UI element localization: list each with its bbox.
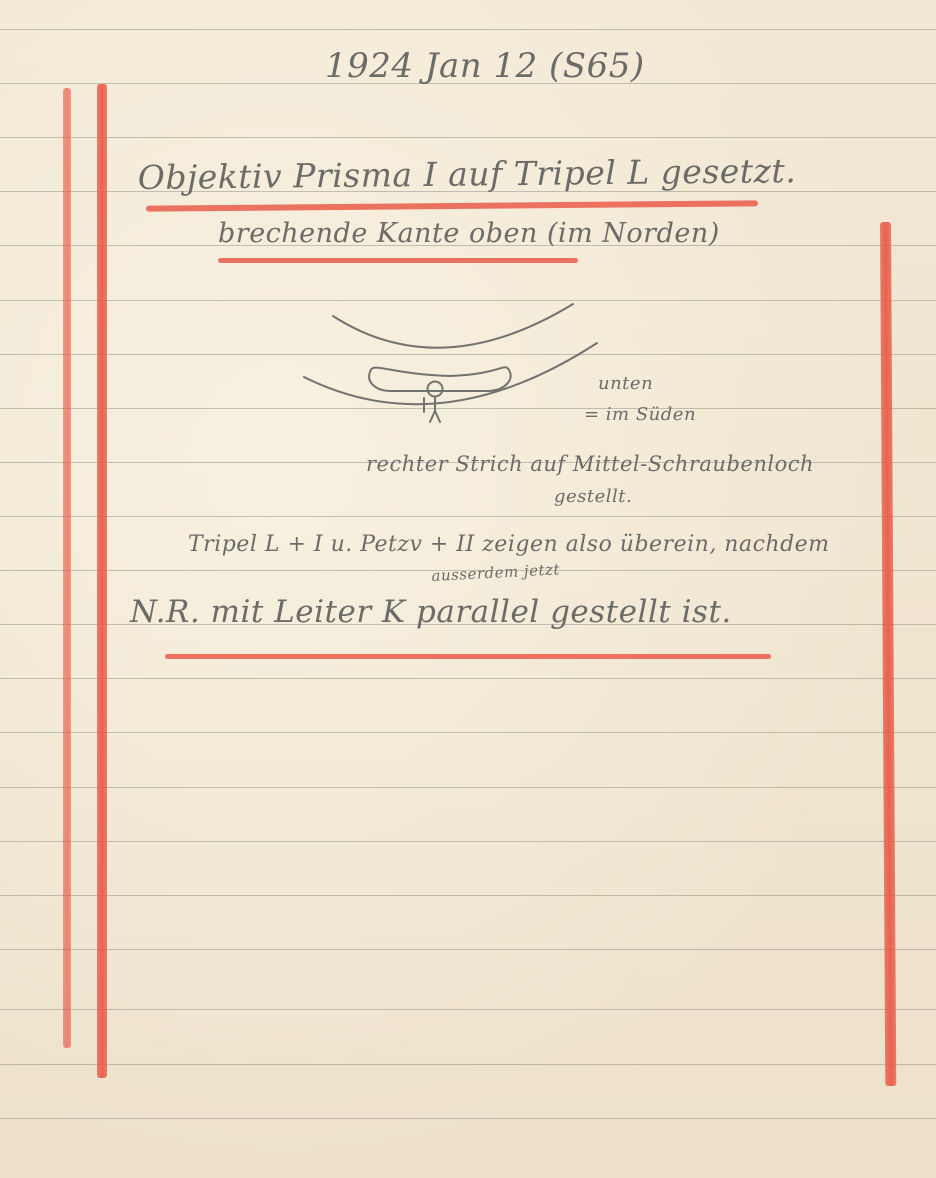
left-inner-margin-line [97, 84, 107, 1078]
line-objektiv-prisma: Objektiv Prisma I auf Tripel L gesetzt. [138, 151, 797, 197]
sketch-label-unten: unten [598, 373, 653, 394]
ruled-line [0, 678, 936, 679]
line-tripel-petzv: Tripel L + I u. Petzv + II zeigen also ü… [188, 532, 830, 557]
ruled-line [0, 895, 936, 896]
notebook-page: 1924 Jan 12 (S65) Objektiv Prisma I auf … [0, 0, 936, 1178]
line-rechter-strich: rechter Strich auf Mittel-Schraubenloch [366, 452, 814, 476]
ruled-line [0, 137, 936, 138]
insertion-ausserdem-jetzt: ausserdem jetzt [431, 560, 560, 585]
ruled-line [0, 1118, 936, 1119]
ruled-line [0, 1009, 936, 1010]
ruled-line [0, 516, 936, 517]
date-heading: 1924 Jan 12 (S65) [325, 46, 645, 86]
red-underline-2 [218, 258, 578, 263]
red-closing-rule [165, 654, 771, 659]
ruled-line [0, 29, 936, 30]
ruled-line [0, 787, 936, 788]
red-underline-1 [146, 200, 758, 211]
prism-sketch-diagram [290, 290, 640, 450]
line-nr-leiter-parallel: N.R. mit Leiter K parallel gestellt ist. [130, 594, 732, 630]
ruled-line [0, 1064, 936, 1065]
ruled-line [0, 732, 936, 733]
left-outer-margin-line [63, 88, 71, 1048]
line-brechende-kante: brechende Kante oben (im Norden) [218, 218, 720, 249]
ruled-line [0, 949, 936, 950]
line-gestellt: gestellt. [554, 486, 632, 507]
sketch-label-im-sueden: = im Süden [584, 404, 696, 425]
ruled-line [0, 841, 936, 842]
right-margin-line [880, 222, 896, 1086]
